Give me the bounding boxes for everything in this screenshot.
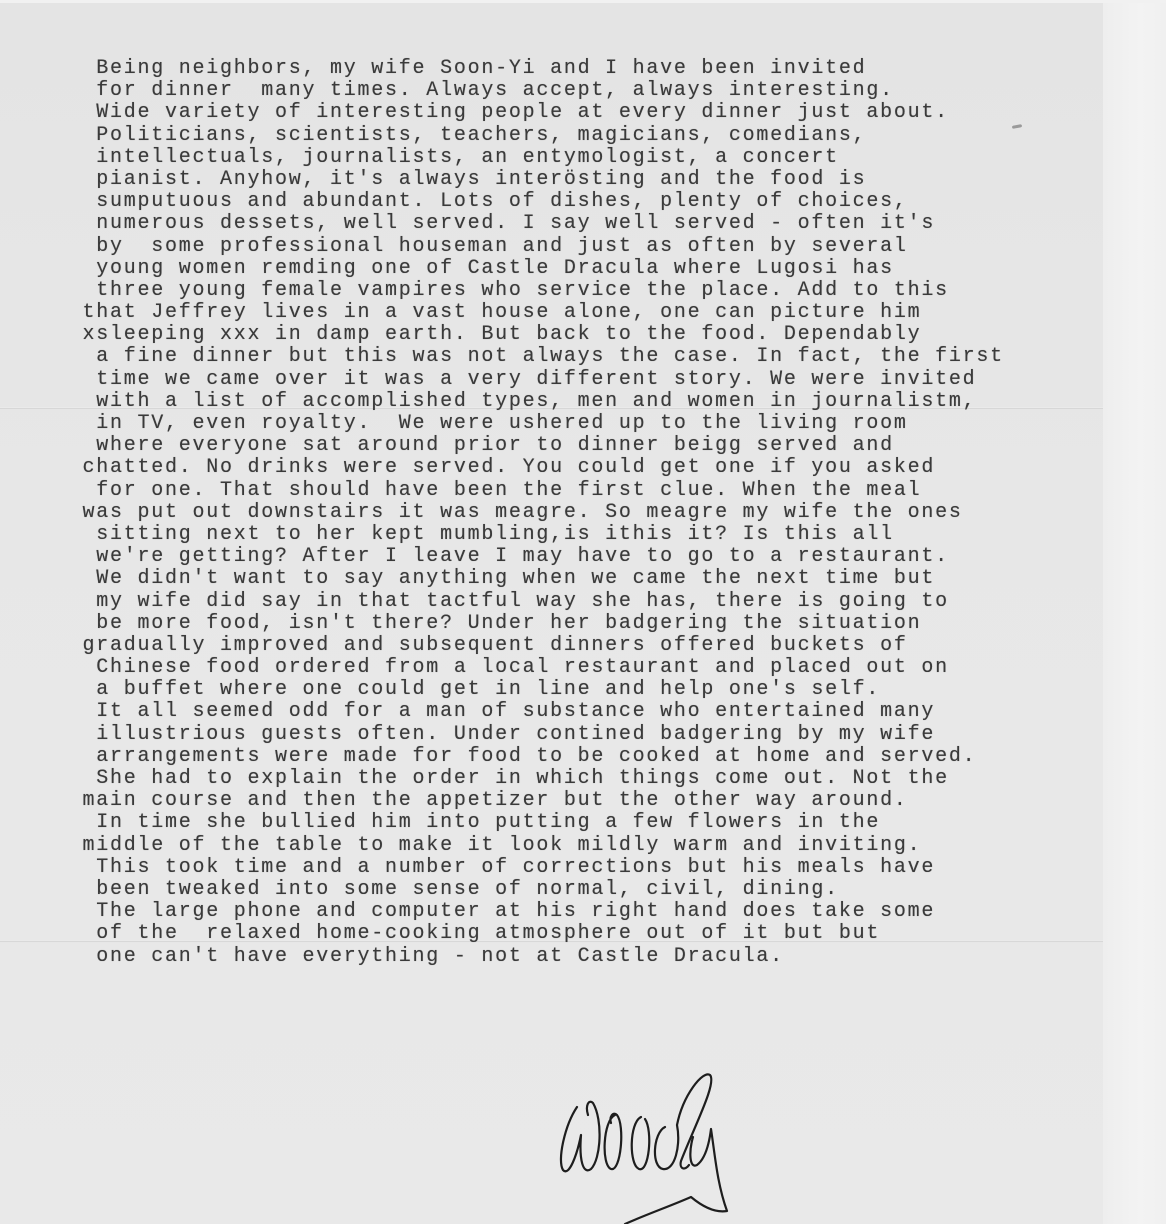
letter-line: It all seemed odd for a man of substance… [0, 701, 1004, 723]
letter-line: This took time and a number of correctio… [0, 857, 1004, 879]
letter-line: gradually improved and subsequent dinner… [0, 635, 1004, 657]
letter-line: we're getting? After I leave I may have … [0, 546, 1004, 568]
right-margin-strip [1103, 3, 1166, 1224]
letter-line: Politicians, scientists, teachers, magic… [0, 125, 1004, 147]
letter-line: that Jeffrey lives in a vast house alone… [0, 302, 1004, 324]
letter-line: The large phone and computer at his righ… [0, 901, 1004, 923]
letter-line: middle of the table to make it look mild… [0, 835, 1004, 857]
letter-line: sumputuous and abundant. Lots of dishes,… [0, 191, 1004, 213]
letter-line: for one. That should have been the first… [0, 480, 1004, 502]
letter-body: Being neighbors, my wife Soon-Yi and I h… [0, 58, 1004, 968]
letter-line: three young female vampires who service … [0, 280, 1004, 302]
letter-line: a buffet where one could get in line and… [0, 679, 1004, 701]
letter-line: my wife did say in that tactful way she … [0, 591, 1004, 613]
letter-line: illustrious guests often. Under contined… [0, 724, 1004, 746]
letter-line: We didn't want to say anything when we c… [0, 568, 1004, 590]
letter-line: a fine dinner but this was not always th… [0, 346, 1004, 368]
letter-line: one can't have everything - not at Castl… [0, 946, 1004, 968]
letter-line: sitting next to her kept mumbling,is ith… [0, 524, 1004, 546]
letter-line: of the relaxed home-cooking atmosphere o… [0, 923, 1004, 945]
letter-line: xsleeping xxx in damp earth. But back to… [0, 324, 1004, 346]
letter-line: intellectuals, journalists, an entymolog… [0, 147, 1004, 169]
letter-line: for dinner many times. Always accept, al… [0, 80, 1004, 102]
letter-line: where everyone sat around prior to dinne… [0, 435, 1004, 457]
letter-line: in TV, even royalty. We were ushered up … [0, 413, 1004, 435]
letter-line: Being neighbors, my wife Soon-Yi and I h… [0, 58, 1004, 80]
letter-line: arrangements were made for food to be co… [0, 746, 1004, 768]
letter-line: by some professional houseman and just a… [0, 236, 1004, 258]
letter-line: pianist. Anyhow, it's always interösting… [0, 169, 1004, 191]
letter-line: In time she bullied him into putting a f… [0, 812, 1004, 834]
letter-line: Wide variety of interesting people at ev… [0, 102, 1004, 124]
letter-line: chatted. No drinks were served. You coul… [0, 457, 1004, 479]
letter-line: with a list of accomplished types, men a… [0, 391, 1004, 413]
letter-line: been tweaked into some sense of normal, … [0, 879, 1004, 901]
letter-line: Chinese food ordered from a local restau… [0, 657, 1004, 679]
signature [555, 1065, 815, 1224]
letter-line: young women remding one of Castle Dracul… [0, 258, 1004, 280]
letter-line: time we came over it was a very differen… [0, 369, 1004, 391]
letter-line: be more food, isn't there? Under her bad… [0, 613, 1004, 635]
letter-line: main course and then the appetizer but t… [0, 790, 1004, 812]
letter-line: numerous dessets, well served. I say wel… [0, 213, 1004, 235]
letter-line: She had to explain the order in which th… [0, 768, 1004, 790]
letter-line: was put out downstairs it was meagre. So… [0, 502, 1004, 524]
